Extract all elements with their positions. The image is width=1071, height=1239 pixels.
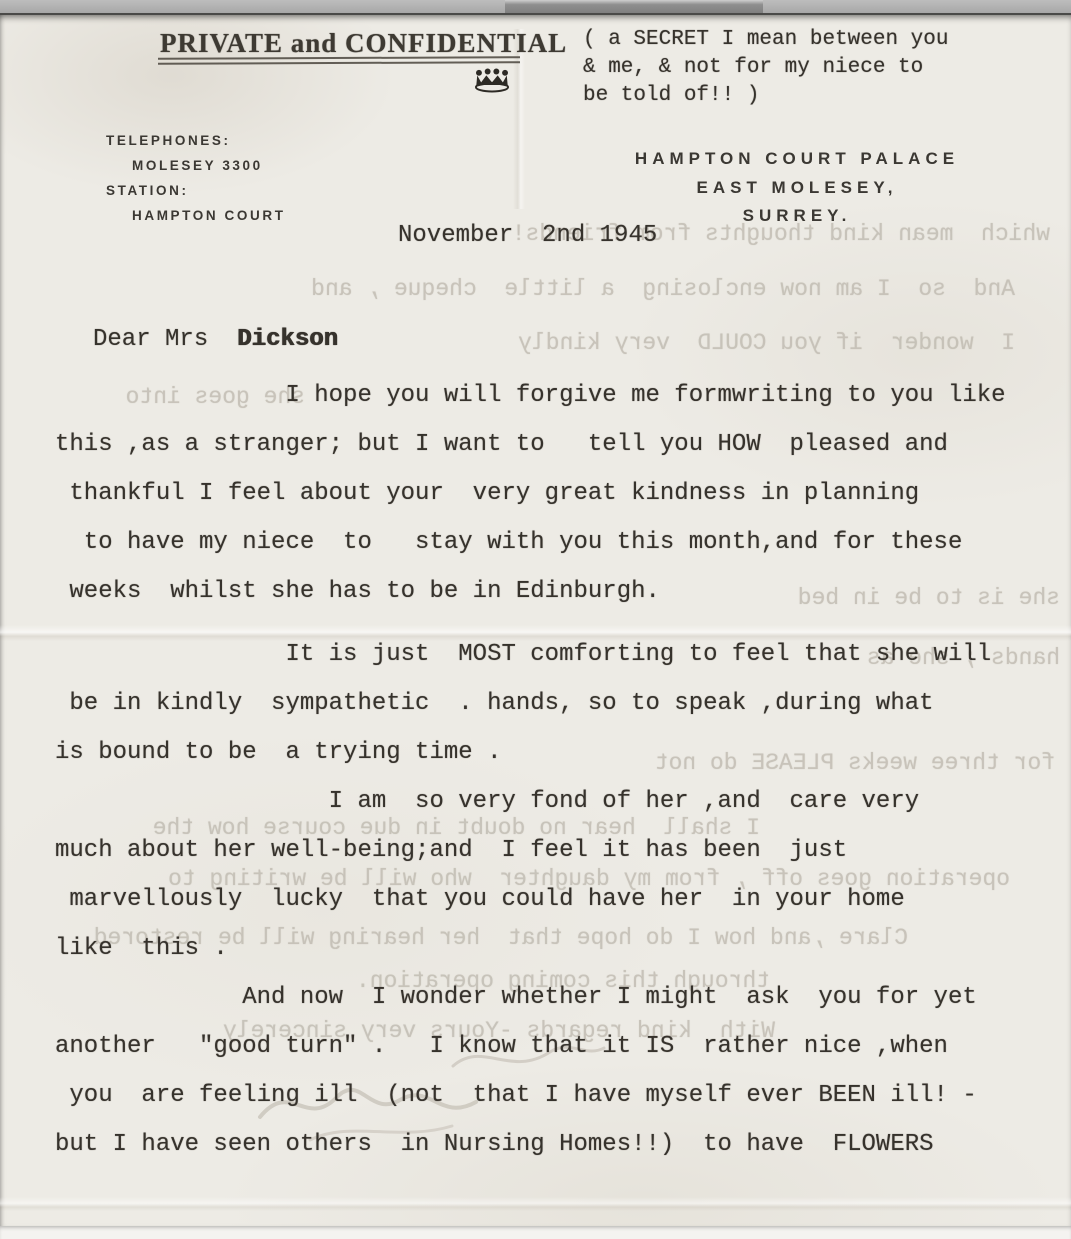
contact-line: MOLESEY 3300 (106, 153, 286, 178)
typed-line: like this . (55, 924, 1065, 973)
salutation-prefix: Dear Mrs (93, 326, 237, 353)
contact-block: TELEPHONES:MOLESEY 3300STATION:HAMPTON C… (106, 128, 286, 228)
annotation-line: ( a SECRET I mean between you (583, 26, 948, 54)
annotation-line: & me, & not for my niece to (583, 54, 948, 82)
confidential-stamp: PRIVATE and CONFIDENTIAL (160, 28, 567, 59)
date-line: November 2nd 1945 (398, 222, 657, 249)
address-line: SURREY. (612, 202, 982, 231)
typed-line: It is just MOST comforting to feel that … (55, 630, 1065, 679)
typed-line: I am so very fond of her ,and care very (55, 777, 1065, 826)
typed-line: this ,as a stranger; but I want to tell … (55, 420, 1065, 469)
contact-line: TELEPHONES: (106, 128, 286, 153)
typed-line: weeks whilst she has to be in Edinburgh. (55, 567, 1065, 616)
typed-line: is bound to be a trying time . (55, 728, 1065, 777)
typed-line: thankful I feel about your very great ki… (55, 469, 1065, 518)
typed-line: much about her well-being;and I feel it … (55, 826, 1065, 875)
address-line: EAST MOLESEY, (612, 174, 982, 203)
address-block: HAMPTON COURT PALACEEAST MOLESEY,SURREY. (612, 145, 982, 231)
typed-line: marvellously lucky that you could have h… (55, 875, 1065, 924)
secret-annotation: ( a SECRET I mean between you& me, & not… (583, 26, 948, 110)
letter-scan: which mean kind thoughts from friends!An… (0, 0, 1071, 1239)
second-sheet-edge (0, 1226, 1071, 1239)
salutation-name: Dickson (237, 326, 338, 353)
typed-line: but I have seen others in Nursing Homes!… (55, 1120, 1065, 1169)
annotation-line: be told of!! ) (583, 82, 948, 110)
typed-line: be in kindly sympathetic . hands, so to … (55, 679, 1065, 728)
page-behind-tab (505, 0, 763, 13)
typed-line: to have my niece to stay with you this m… (55, 518, 1065, 567)
typed-line: I hope you will forgive me formwriting t… (55, 371, 1065, 420)
fold-crease-horizontal (0, 1197, 1071, 1211)
typed-line: And now I wonder whether I might ask you… (55, 973, 1065, 1022)
letter-body: I hope you will forgive me formwriting t… (55, 371, 1065, 1169)
salutation: Dear Mrs Dickson (93, 326, 338, 353)
coronet-icon (472, 68, 512, 95)
address-line: HAMPTON COURT PALACE (612, 145, 982, 174)
typed-line: you are feeling ill (not that I have mys… (55, 1071, 1065, 1120)
contact-line: HAMPTON COURT (106, 203, 286, 228)
typed-line: another "good turn" . I know that it IS … (55, 1022, 1065, 1071)
contact-line: STATION: (106, 178, 286, 203)
